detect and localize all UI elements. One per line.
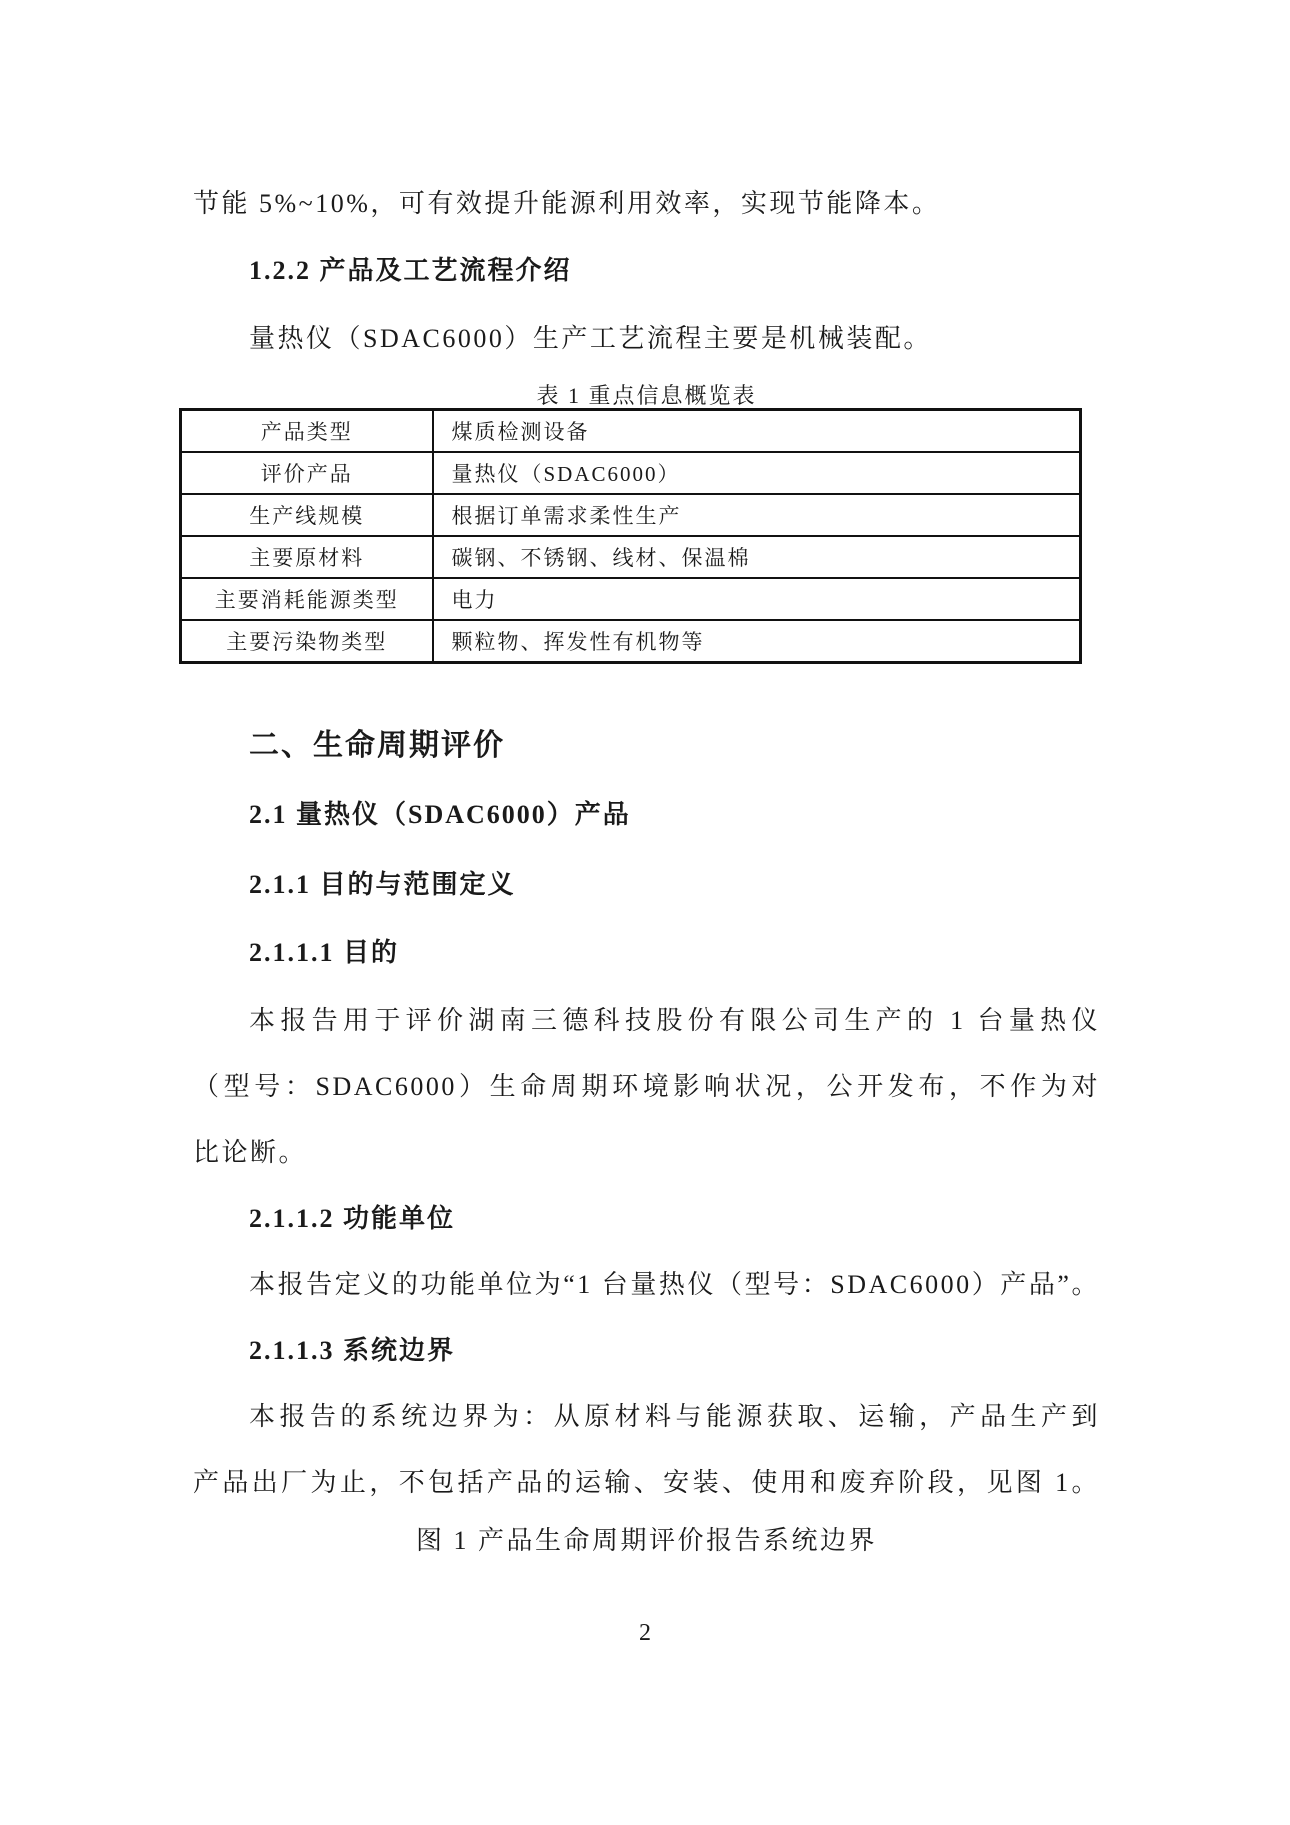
body-line-purpose-2: （型号：SDAC6000）生命周期环境影响状况，公开发布，不作为对 <box>193 1070 1100 1104</box>
body-line-purpose-3: 比论断。 <box>193 1136 1100 1170</box>
body-line-boundary-1: 本报告的系统边界为：从原材料与能源获取、运输，产品生产到 <box>193 1400 1100 1434</box>
section-heading-1-2-2: 1.2.2 产品及工艺流程介绍 <box>193 254 1100 288</box>
table-row: 生产线规模 根据订单需求柔性生产 <box>181 494 1081 536</box>
table-caption: 表 1 重点信息概览表 <box>193 382 1100 410</box>
table-row-label: 评价产品 <box>181 452 433 494</box>
table-row: 主要污染物类型 颗粒物、挥发性有机物等 <box>181 620 1081 663</box>
table-row-label: 生产线规模 <box>181 494 433 536</box>
table-row-value: 煤质检测设备 <box>433 410 1081 453</box>
chapter-heading-2: 二、生命周期评价 <box>193 726 1100 766</box>
body-line-purpose-1: 本报告用于评价湖南三德科技股份有限公司生产的 1 台量热仪 <box>193 1004 1100 1038</box>
page-number: 2 <box>0 1620 1290 1647</box>
section-heading-2-1: 2.1 量热仪（SDAC6000）产品 <box>193 798 1100 832</box>
table-row-label: 主要消耗能源类型 <box>181 578 433 620</box>
info-table: 产品类型 煤质检测设备 评价产品 量热仪（SDAC6000） 生产线规模 根据订… <box>179 408 1082 664</box>
figure-caption: 图 1 产品生命周期评价报告系统边界 <box>193 1524 1100 1558</box>
table-row-label: 产品类型 <box>181 410 433 453</box>
table-row-value: 根据订单需求柔性生产 <box>433 494 1081 536</box>
info-table-wrapper: 产品类型 煤质检测设备 评价产品 量热仪（SDAC6000） 生产线规模 根据订… <box>179 408 1082 664</box>
section-heading-2-1-1: 2.1.1 目的与范围定义 <box>193 868 1100 902</box>
table-row-label: 主要污染物类型 <box>181 620 433 663</box>
table-row-value: 颗粒物、挥发性有机物等 <box>433 620 1081 663</box>
table-row-value: 电力 <box>433 578 1081 620</box>
body-line-functional-unit: 本报告定义的功能单位为“1 台量热仪（型号：SDAC6000）产品”。 <box>193 1268 1100 1302</box>
body-line-process: 量热仪（SDAC6000）生产工艺流程主要是机械装配。 <box>193 322 1100 356</box>
body-line-intro: 节能 5%~10%，可有效提升能源利用效率，实现节能降本。 <box>193 187 1100 221</box>
table-row-value: 量热仪（SDAC6000） <box>433 452 1081 494</box>
body-line-boundary-2: 产品出厂为止，不包括产品的运输、安装、使用和废弃阶段，见图 1。 <box>193 1466 1100 1500</box>
section-heading-2-1-1-1: 2.1.1.1 目的 <box>193 936 1100 970</box>
table-row-value: 碳钢、不锈钢、线材、保温棉 <box>433 536 1081 578</box>
table-row: 产品类型 煤质检测设备 <box>181 410 1081 453</box>
table-row: 评价产品 量热仪（SDAC6000） <box>181 452 1081 494</box>
section-heading-2-1-1-2: 2.1.1.2 功能单位 <box>193 1202 1100 1236</box>
table-row-label: 主要原材料 <box>181 536 433 578</box>
table-row: 主要消耗能源类型 电力 <box>181 578 1081 620</box>
table-row: 主要原材料 碳钢、不锈钢、线材、保温棉 <box>181 536 1081 578</box>
document-page: 节能 5%~10%，可有效提升能源利用效率，实现节能降本。 1.2.2 产品及工… <box>0 0 1290 1825</box>
section-heading-2-1-1-3: 2.1.1.3 系统边界 <box>193 1334 1100 1368</box>
